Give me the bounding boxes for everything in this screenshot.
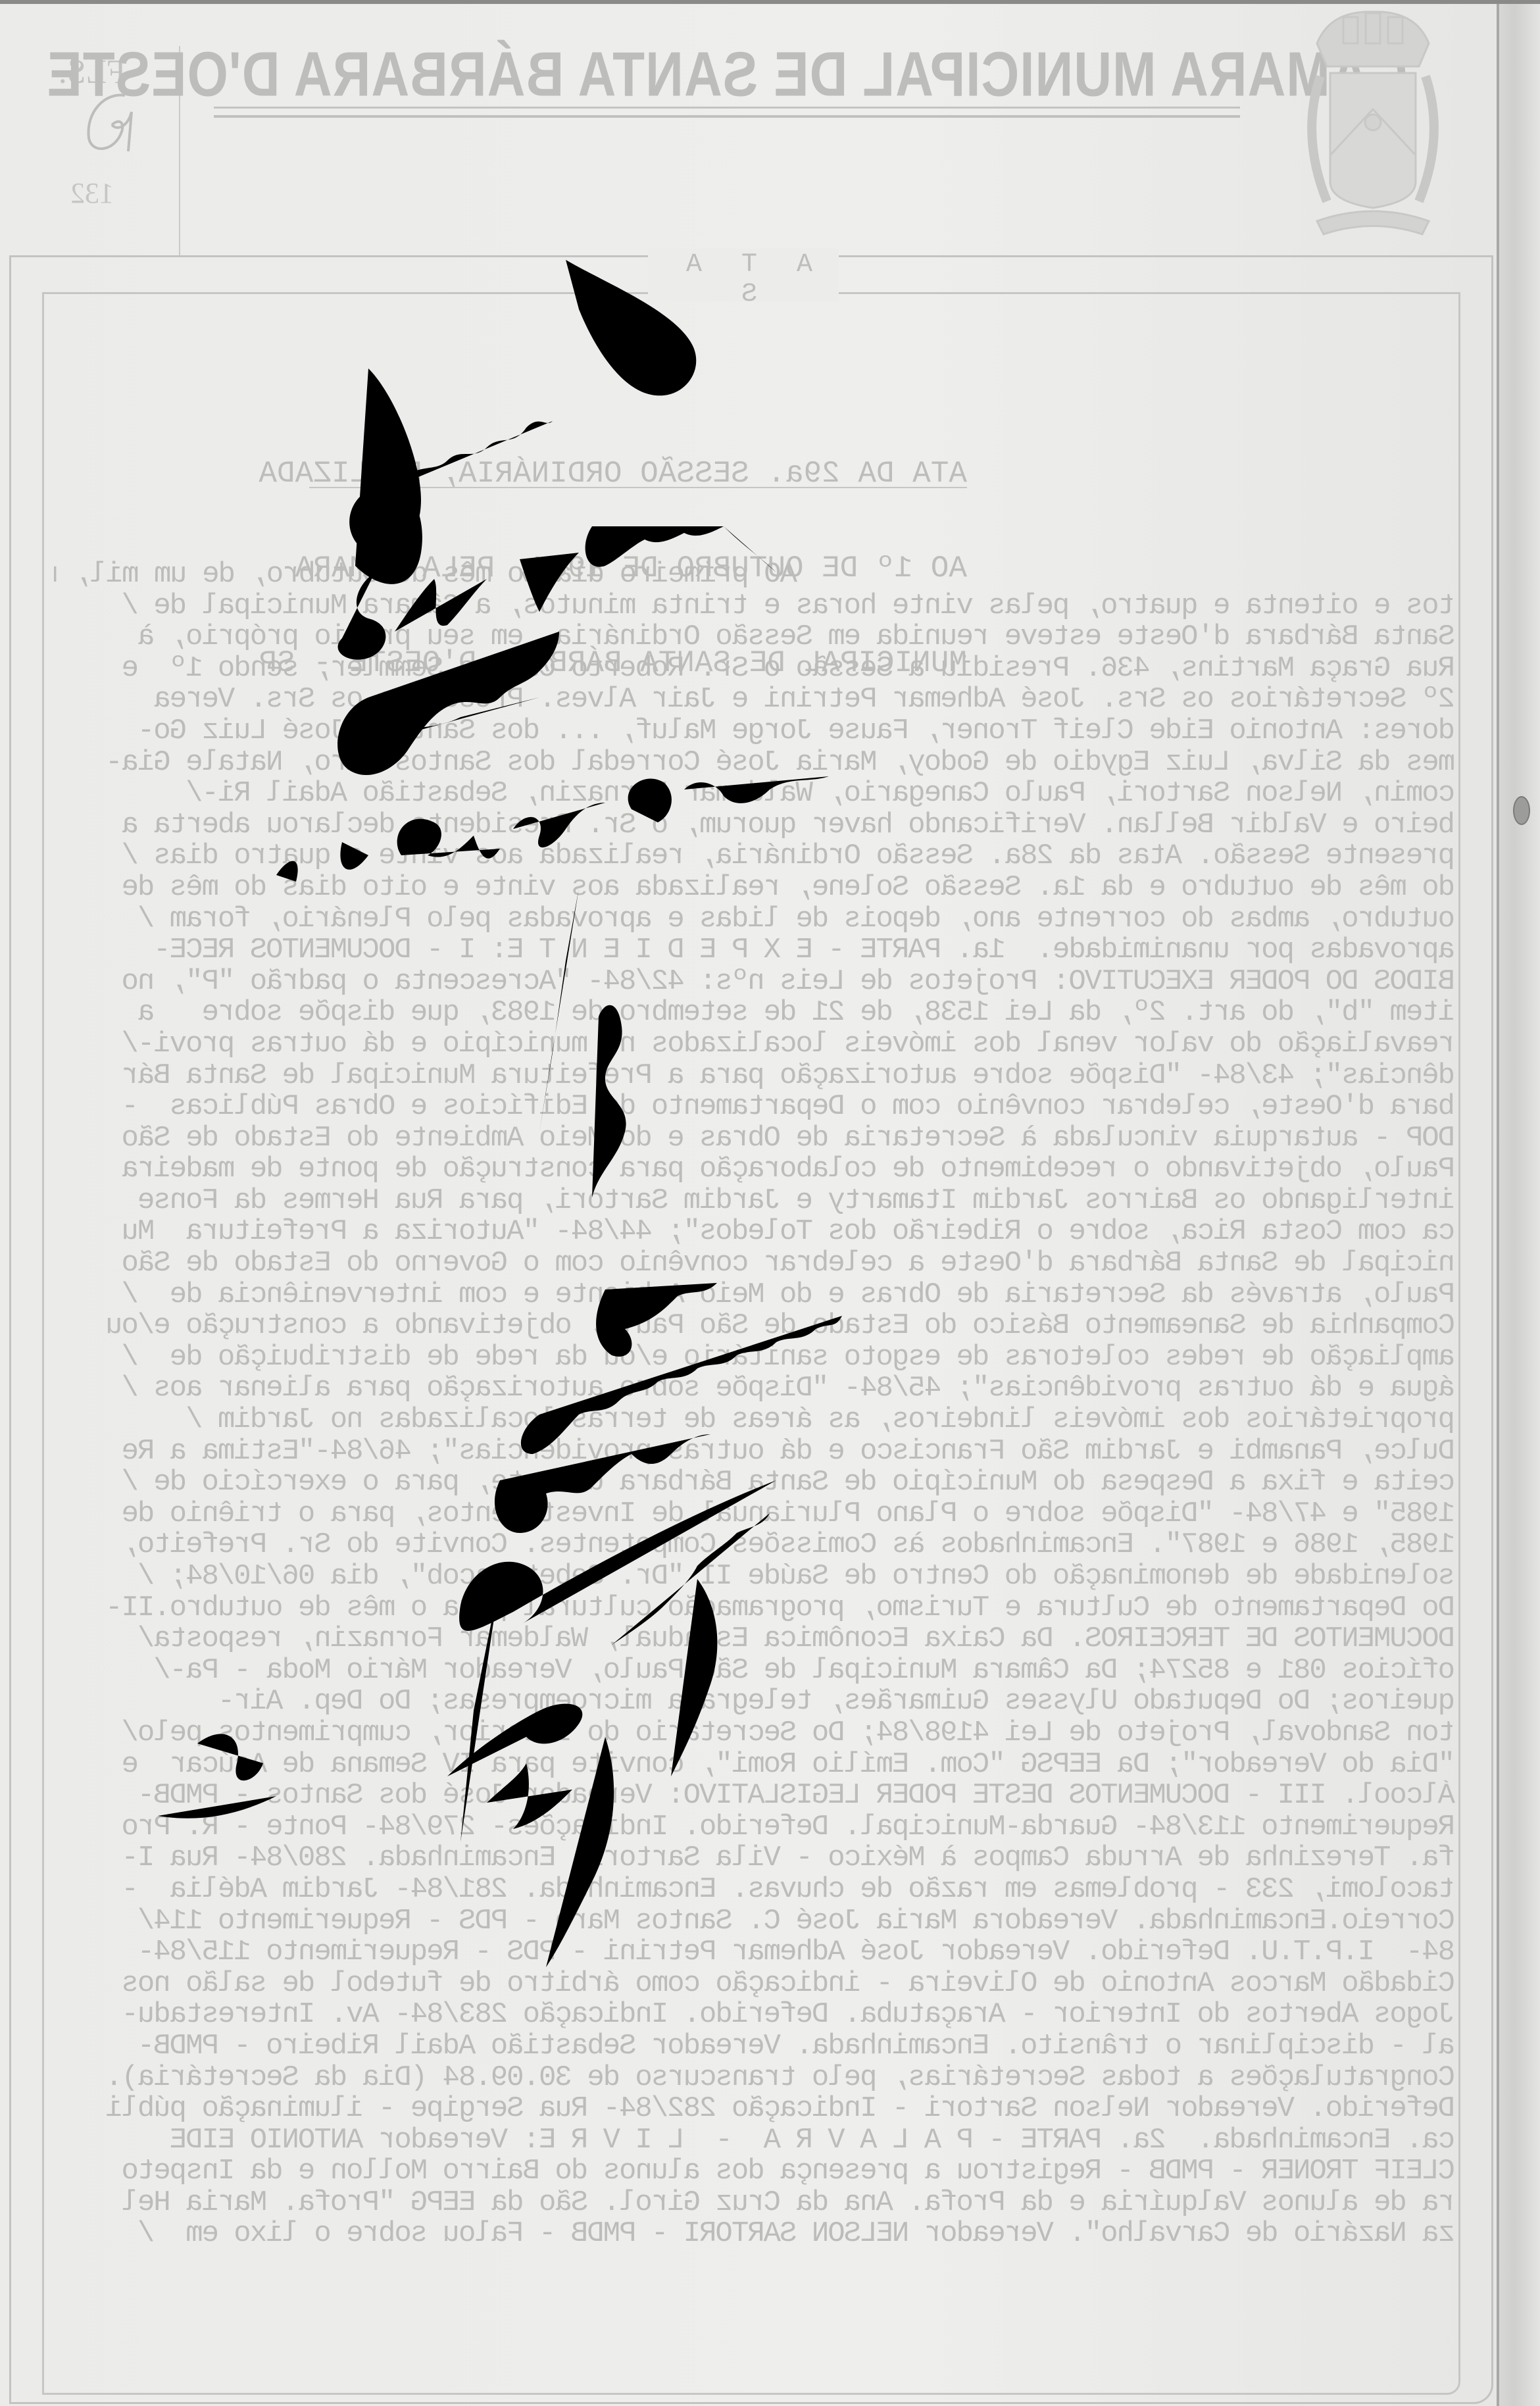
minutes-text-line: presente Sessão. Atas da 28a. Sessão Ord… (54, 841, 1455, 872)
header-rule (214, 115, 1240, 118)
minutes-text-line: BIDOS DO PODER EXECUTIVO: Projetos de Le… (54, 966, 1455, 998)
minutes-text-line: ofícios 081 e 85274; Da Câmara Municipal… (54, 1655, 1455, 1687)
minutes-text-line: bara d'Oeste, celebrar convênio com o De… (54, 1091, 1455, 1123)
minutes-text-line: 1985" e 47/84- "Dispõe sobre o Plano Plu… (54, 1499, 1455, 1530)
coat-of-arms-icon (1291, 4, 1455, 247)
minutes-text-line: fa. Terezinha de Arruda Campos à México … (54, 1843, 1455, 1874)
minutes-text-line: Congratulações a todas Secretárias, pelo… (54, 2063, 1455, 2094)
minutes-text-line: outubro, ambas do corrente ano, depois d… (54, 904, 1455, 936)
minutes-text-line: "Dia do Vereador"; Da EEPSG "Com. Emílio… (54, 1749, 1455, 1781)
minutes-text-line: dências"; 43/84- "Dispõe sobre autorizaç… (54, 1061, 1455, 1092)
minutes-text-line: Companhia de Saneamento Básico do Estado… (54, 1311, 1455, 1342)
minutes-text-line: mes da Silva, Luiz Egydio de Godoy, Mari… (54, 747, 1455, 779)
minutes-text-line: proprietários dos imóveis lindeiros, as … (54, 1405, 1455, 1436)
page-edge-shadow (1497, 0, 1540, 2406)
binder-ring-icon (1513, 796, 1530, 825)
minutes-text-line: DOCUMENTOS DE TERCEIROS. Da Caixa Econôm… (54, 1624, 1455, 1655)
minutes-text-line: tacolomi, 233 - problemas em razão de ch… (54, 1874, 1455, 1906)
minutes-text-line: Rua Graça Martins, 436. Presidiu a Sessã… (54, 653, 1455, 685)
minutes-text-line: Santa Bárbara d'Oeste esteve reunida em … (54, 622, 1455, 653)
minutes-text-line: AO primeiro dia do mês de outubro, de um… (54, 559, 1455, 591)
minutes-text-line: Correio.Encaminhada. Vereadora Maria Jos… (54, 1906, 1455, 1938)
section-label: A T A S (648, 250, 839, 309)
minutes-text-line: item "b", do art. 2º, da Lei 1538, de 21… (54, 997, 1455, 1029)
minutes-text-line: beiro e Valdir Bellan. Verificando haver… (54, 810, 1455, 841)
minutes-text-line: Dulce, Panambi e Jardim São Francisco e … (54, 1436, 1455, 1468)
minutes-text-line: queiros; Do Deputado Ulysses Guimarães, … (54, 1686, 1455, 1718)
heading-underline (309, 487, 967, 488)
minutes-body: AO primeiro dia do mês de outubro, de um… (54, 559, 1455, 2250)
minutes-text-line: 1985, 1986 e 1987". Encaminhados às Comi… (54, 1530, 1455, 1561)
minutes-text-line: Paulo, objetivando o recebimento de cola… (54, 1154, 1455, 1186)
minutes-text-line: Álcool. III - DOCUMENTOS DESTE PODER LEG… (54, 1780, 1455, 1812)
heading-line: ATA DA 29a. SESSÃO ORDINÁRIA, REALIZADA (309, 458, 967, 489)
minutes-text-line: al - disciplinar o trânsito. Encaminhada… (54, 2031, 1455, 2063)
minutes-text-line: Jogos Abertos do Interior - Araçatuba. D… (54, 1999, 1455, 2031)
minutes-text-line: za Nazário de Carvalho". Vereador NELSON… (54, 2218, 1455, 2250)
minutes-text-line: do mês de outubro e da 1a. Sessão Solene… (54, 872, 1455, 904)
minutes-text-line: ceita e fixa a Despesa do Município de S… (54, 1467, 1455, 1499)
minutes-text-line: tos e oitenta e quatro, pelas vinte hora… (54, 591, 1455, 622)
folio-number: 132 (53, 176, 132, 210)
minutes-text-line: interligando os Bairros Jardim Itamarty … (54, 1186, 1455, 1217)
minutes-text-line: reavaliação do valor venal dos imóveis l… (54, 1029, 1455, 1061)
minutes-text-line: DOP - autarquia vinculada à Secretaria d… (54, 1123, 1455, 1155)
header-title: CÂMARA MUNICIPAL DE SANTA BÁRBARA D'OEST… (214, 31, 1240, 118)
minutes-text-line: ca com Costa Rica, sobre o Ribeirão dos … (54, 1216, 1455, 1248)
minutes-text-line: ton Sandoval, Projeto de Lei 4198/84; Do… (54, 1718, 1455, 1749)
minutes-text-line: 2º Secretários os Srs. José Adhemar Petr… (54, 684, 1455, 716)
minutes-text-line: ampliação de redes coletoras de esgoto s… (54, 1342, 1455, 1374)
minutes-text-line: Do Departamento de Cultura e Turismo, pr… (54, 1593, 1455, 1624)
minutes-text-line: dores: Antonio Eide Cleif Troner, Fause … (54, 716, 1455, 747)
minutes-text-line: ra de alunos Valquíria e da Profa. Ana d… (54, 2188, 1455, 2219)
minutes-text-line: Cidadão Marcos Antonio de Oliveira - ind… (54, 1968, 1455, 2000)
minutes-text-line: solenidade de denominação do Centro de S… (54, 1561, 1455, 1593)
header-rule (214, 107, 1240, 109)
minutes-text-line: água e dá outras providências"; 45/84- "… (54, 1373, 1455, 1405)
minutes-text-line: ca. Encaminhada. 2a. PARTE - P A L A V R… (54, 2125, 1455, 2157)
minutes-text-line: CLEIF TRONER - PMDB - Registrou a presen… (54, 2156, 1455, 2188)
minutes-text-line: Paulo, através da Secretaria de Obras e … (54, 1280, 1455, 1311)
minutes-text-line: Deferido. Vereador Nelson Sartori - Indi… (54, 2093, 1455, 2125)
minutes-text-line: nicipal de Santa Bárbara d'Oeste a celeb… (54, 1248, 1455, 1280)
minutes-text-line: 84- I.P.T.U. Deferido. Vereador José Adh… (54, 1937, 1455, 1968)
minutes-text-line: aprovadas por unanimidade. 1a. PARTE - E… (54, 935, 1455, 966)
minutes-text-line: Requerimento 113/84- Guarda-Municipal. D… (54, 1812, 1455, 1843)
minutes-text-line: comin, Nelson Sartori, Paulo Canegario, … (54, 778, 1455, 810)
